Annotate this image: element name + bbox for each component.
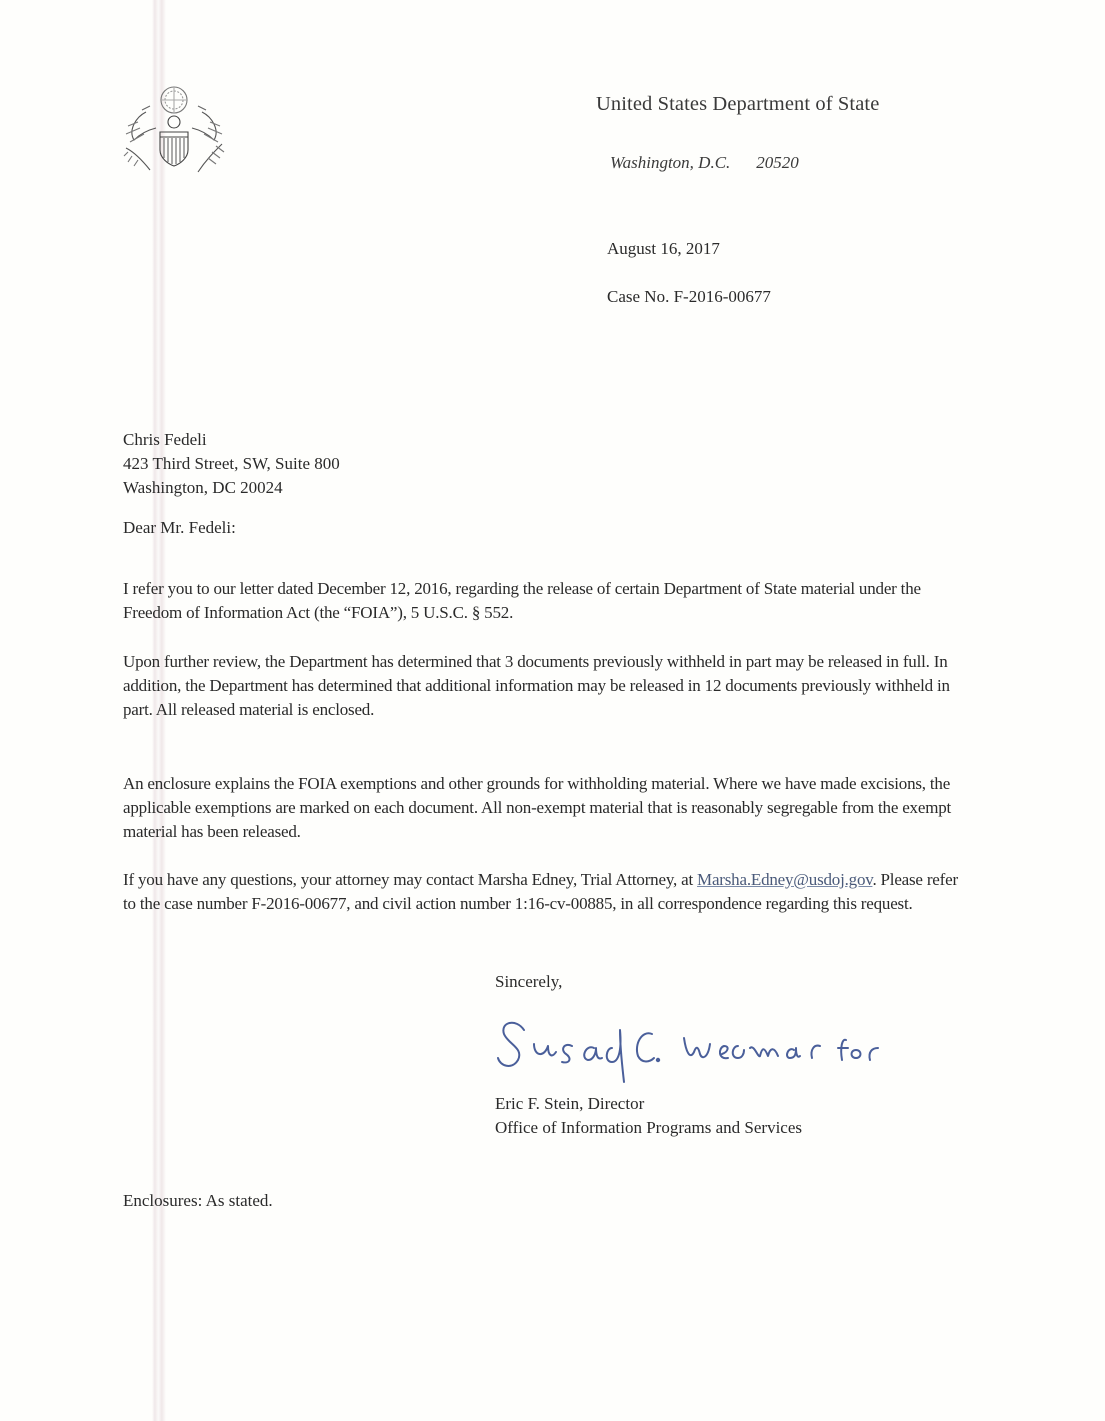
attorney-email-link[interactable]: Marsha.Edney@usdoj.gov — [697, 870, 872, 889]
contact-paragraph: If you have any questions, your attorney… — [123, 868, 968, 916]
body-paragraph: I refer you to our letter dated December… — [123, 577, 968, 625]
great-seal-icon — [116, 82, 232, 178]
signer-name-title: Eric F. Stein, Director — [495, 1092, 802, 1116]
signer-office: Office of Information Programs and Servi… — [495, 1116, 802, 1140]
recipient-name: Chris Fedeli — [123, 428, 340, 452]
body-paragraph: An enclosure explains the FOIA exemption… — [123, 772, 968, 844]
letterhead-city: Washington, D.C. — [610, 153, 730, 172]
body-paragraph: Upon further review, the Department has … — [123, 650, 968, 722]
letterhead-department: United States Department of State — [596, 93, 879, 116]
letter-date: August 16, 2017 — [607, 239, 720, 259]
contact-text-before: If you have any questions, your attorney… — [123, 870, 697, 889]
recipient-city: Washington, DC 20024 — [123, 476, 340, 500]
case-number: Case No. F-2016-00677 — [607, 287, 771, 307]
salutation: Dear Mr. Fedeli: — [123, 518, 236, 538]
recipient-street: 423 Third Street, SW, Suite 800 — [123, 452, 340, 476]
letterhead-address: Washington, D.C.20520 — [610, 153, 799, 173]
letterhead-zip: 20520 — [756, 153, 799, 172]
handwritten-signature — [494, 1008, 904, 1088]
recipient-address: Chris Fedeli 423 Third Street, SW, Suite… — [123, 428, 340, 500]
enclosures-note: Enclosures: As stated. — [123, 1191, 273, 1211]
closing: Sincerely, — [495, 972, 562, 992]
signer-block: Eric F. Stein, Director Office of Inform… — [495, 1092, 802, 1140]
